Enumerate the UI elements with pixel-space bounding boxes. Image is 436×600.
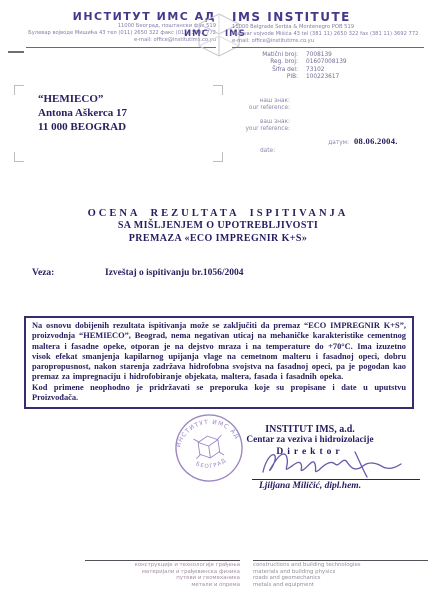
registry-value: 100223617 xyxy=(306,74,339,81)
date-label-en: date: xyxy=(260,148,300,154)
address-line-en-1: 11000 Belgrade Serbia & Montenegro POB 5… xyxy=(232,24,424,31)
document-page: ИНСТИТУТ ИМС АД 11000 Београд, поштански… xyxy=(0,0,436,600)
registry-value: 01607008139 xyxy=(306,59,347,66)
footer-line: метали и опрема xyxy=(85,582,240,589)
footer-line: материјали и грађевинска физика xyxy=(85,569,240,576)
recipient-street: Antona Aškerca 17 xyxy=(38,106,127,120)
signature-line xyxy=(252,479,420,480)
handwritten-signature xyxy=(255,446,405,480)
title-line-3: PREMAZA «ECO IMPREGNIR K+S» xyxy=(0,233,436,246)
registry-block: Matični broj: 7008139 Reg. broj: 0160700… xyxy=(230,52,347,82)
window-corner-bottom-left xyxy=(14,152,24,162)
veza-value: Izveštaj o ispitivanju br.1056/2004 xyxy=(105,268,243,278)
title-line-2: SA MIŠLJENJEM O UPOTREBLJIVOSTI xyxy=(0,220,436,233)
conclusion-paragraph-2: Kod primene neophodno je pridržavati se … xyxy=(32,383,406,404)
header-right: IMS INSTITUTE 11000 Belgrade Serbia & Mo… xyxy=(232,10,424,48)
title-line-1: OCENA REZULTATA ISPITIVANJA xyxy=(0,207,436,220)
registry-label: PIB: xyxy=(230,74,298,81)
footer-line: roads and geomechanics xyxy=(253,575,428,582)
footer-departments-sr: конструкције и технологије грађења матер… xyxy=(85,560,240,588)
footer-line: materials and building physics xyxy=(253,569,428,576)
window-corner-bottom-right xyxy=(213,152,223,162)
recipient-address: “HEMIECO” Antona Aškerca 17 11 000 BEOGR… xyxy=(38,92,127,134)
footer-line: metals and equipment xyxy=(253,582,428,589)
registry-row: PIB: 100223617 xyxy=(230,74,347,81)
registry-row: Matični broj: 7008139 xyxy=(230,52,347,59)
registry-label: Matični broj: xyxy=(230,52,298,59)
registry-value: 73102 xyxy=(306,67,324,74)
svg-text:ИНСТИТУТ ИМС АД: ИНСТИТУТ ИМС АД xyxy=(172,415,242,450)
conclusion-box: Na osnovu dobijenih rezultata ispitivanj… xyxy=(24,316,414,409)
footer-line: конструкције и технологије грађења xyxy=(85,562,240,569)
registry-label: Šifra del: xyxy=(230,67,298,74)
signatory-name: Ljiljana Miličić, dipl.hem. xyxy=(240,481,380,491)
email-en: e-mail: office@institutims.co.yu xyxy=(232,38,424,45)
our-reference-label-sr: наш знак: xyxy=(190,98,290,104)
window-corner-top-right xyxy=(213,85,223,95)
institute-name-en: IMS INSTITUTE xyxy=(232,10,424,24)
veza-label: Veza: xyxy=(32,268,54,278)
fold-mark xyxy=(8,51,24,53)
stamp-text-top: ИНСТИТУТ ИМС АД xyxy=(172,415,242,450)
footer-departments-en: constructions and building technologies … xyxy=(253,560,428,588)
address-line-en-2: Bulevar vojvode Mišića 43 tel (381 11) 2… xyxy=(232,31,424,38)
conclusion-paragraph-1: Na osnovu dobijenih rezultata ispitivanj… xyxy=(32,321,406,383)
registry-value: 7008139 xyxy=(306,52,332,59)
registry-row: Reg. broj: 01607008139 xyxy=(230,59,347,66)
svg-text:БЕОГРАД: БЕОГРАД xyxy=(194,457,229,472)
date-value: 08.06.2004. xyxy=(354,136,398,146)
footer-line: путеви и геомеханика xyxy=(85,575,240,582)
institute-name-sr: ИНСТИТУТ ИМС АД xyxy=(26,10,216,23)
recipient-city: 11 000 BEOGRAD xyxy=(38,120,127,134)
window-corner-top-left xyxy=(14,85,24,95)
your-reference-label-sr: ваш знак: xyxy=(190,119,290,125)
logo-label-sr: ИМС xyxy=(184,29,209,39)
recipient-name: “HEMIECO” xyxy=(38,92,127,106)
registry-label: Reg. broj: xyxy=(230,59,298,66)
document-title: OCENA REZULTATA ISPITIVANJA SA MIŠLJENJE… xyxy=(0,207,436,245)
our-reference-label-en: our reference: xyxy=(190,105,290,111)
signatory-department: Centar za veziva i hidroizolacije xyxy=(239,435,381,445)
date-label-sr: датум: xyxy=(249,140,349,146)
registry-row: Šifra del: 73102 xyxy=(230,67,347,74)
signatory-organization: INSTITUT IMS, a.d. xyxy=(243,424,377,435)
footer-line: constructions and building technologies xyxy=(253,562,428,569)
your-reference-label-en: your reference: xyxy=(190,126,290,132)
institute-stamp-seal: ИНСТИТУТ ИМС АД БЕОГРАД xyxy=(165,406,253,490)
stamp-text-bottom: БЕОГРАД xyxy=(194,457,229,472)
